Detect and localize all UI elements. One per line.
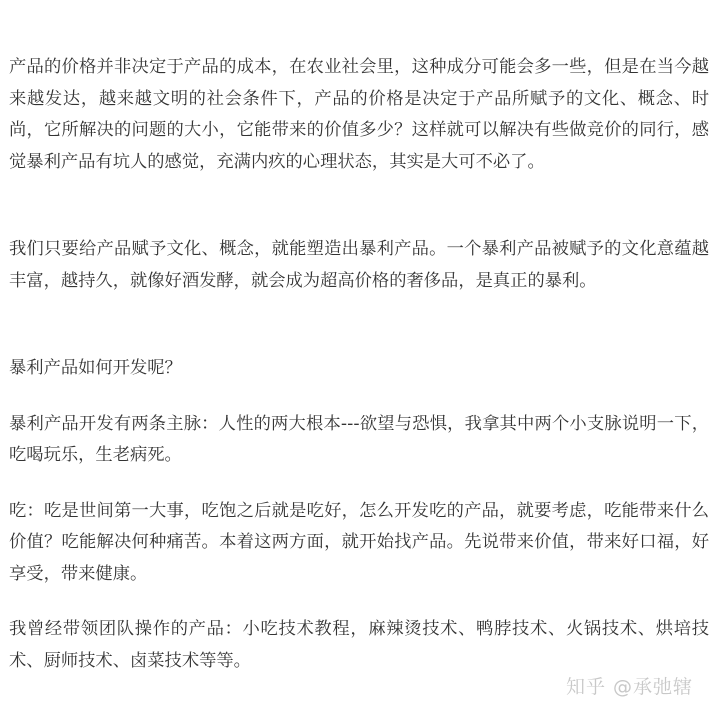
paragraph-spacer (9, 385, 709, 409)
paragraph-question-heading: 暴利产品如何开发呢？ (9, 353, 709, 385)
paragraph-culture-concept: 我们只要给产品赋予文化、概念，就能塑造出暴利产品。一个暴利产品被赋予的文化意蕴越… (9, 234, 709, 297)
paragraph-eating: 吃：吃是世间第一大事，吃饱之后就是吃好，怎么开发吃的产品，就要考虑，吃能带来什么… (9, 496, 709, 591)
article-body: 产品的价格并非决定于产品的成本，在农业社会里，这种成分可能会多一些，但是在当今越… (9, 52, 709, 677)
paragraph-spacer (9, 178, 709, 234)
paragraph-price-not-cost: 产品的价格并非决定于产品的成本，在农业社会里，这种成分可能会多一些，但是在当今越… (9, 52, 709, 178)
paragraph-spacer (9, 590, 709, 614)
paragraph-spacer (9, 472, 709, 496)
zhihu-watermark: 知乎 @承弛辖 (566, 672, 693, 699)
paragraph-two-main-veins: 暴利产品开发有两条主脉：人性的两大根本---欲望与恐惧，我拿其中两个小支脉说明一… (9, 409, 709, 472)
paragraph-spacer (9, 297, 709, 353)
paragraph-products-operated: 我曾经带领团队操作的产品：小吃技术教程，麻辣烫技术、鸭脖技术、火锅技术、烘培技术… (9, 614, 709, 677)
